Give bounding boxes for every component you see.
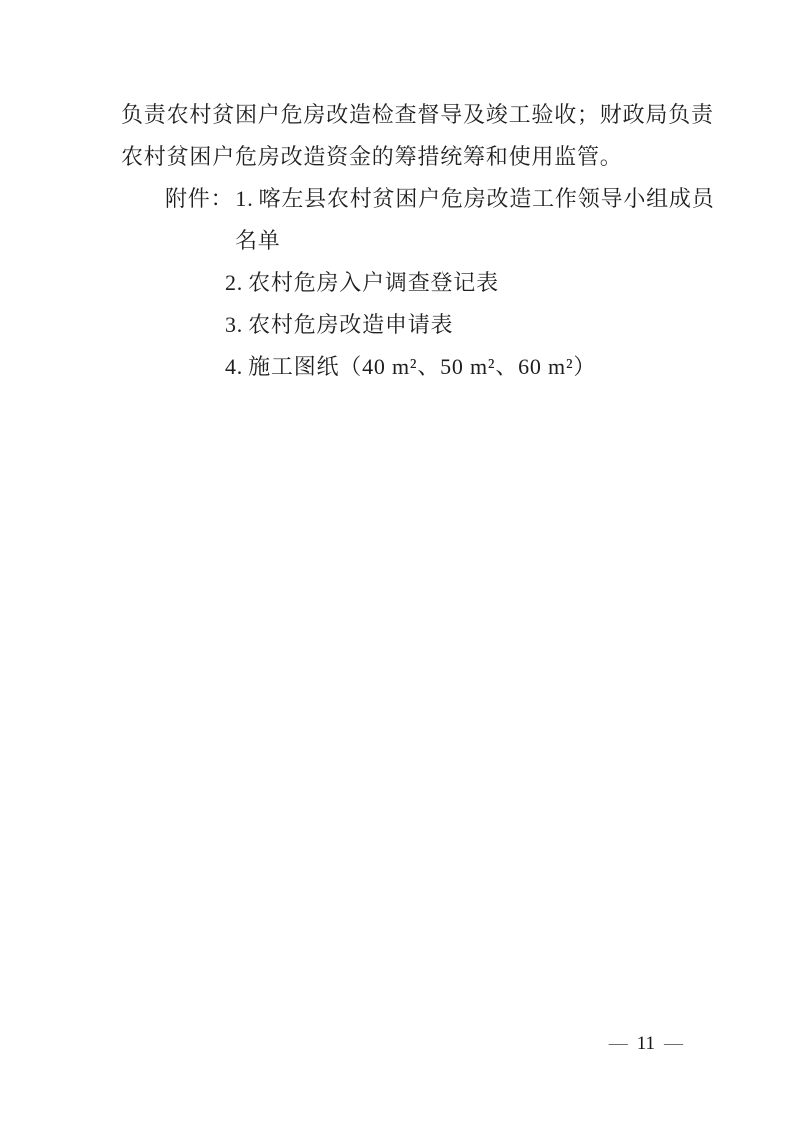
attachment-item-1-number: 1. [235, 186, 253, 211]
attachment-item-4-text: 施工图纸（40 m²、50 m²、60 m²） [248, 354, 596, 379]
attachment-item-3-text: 农村危房改造申请表 [248, 312, 453, 337]
attachment-item-1-continuation: 名单 [121, 220, 693, 262]
document-page: 负责农村贫困户危房改造检查督导及竣工验收；财政局负责 农村贫困户危房改造资金的筹… [0, 0, 800, 1130]
page-number: —11— [609, 1032, 683, 1056]
attachment-item-2: 2.农村危房入户调查登记表 [121, 262, 693, 304]
attachment-item-1-text: 喀左县农村贫困户危房改造工作领导小组成员 [259, 186, 715, 211]
attachment-label: 附件： [165, 186, 233, 211]
page-number-left-dash: — [609, 1033, 628, 1054]
paragraph-line-2: 农村贫困户危房改造资金的筹措统筹和使用监管。 [121, 136, 693, 178]
attachment-item-2-number: 2. [225, 270, 243, 295]
page-number-right-dash: — [664, 1033, 683, 1054]
document-body: 负责农村贫困户危房改造检查督导及竣工验收；财政局负责 农村贫困户危房改造资金的筹… [121, 94, 693, 388]
attachment-item-2-text: 农村危房入户调查登记表 [248, 270, 499, 295]
attachment-item-4: 4.施工图纸（40 m²、50 m²、60 m²） [121, 346, 693, 388]
attachment-item-3: 3.农村危房改造申请表 [121, 304, 693, 346]
page-number-value: 11 [637, 1033, 655, 1054]
paragraph-line-1: 负责农村贫困户危房改造检查督导及竣工验收；财政局负责 [121, 94, 693, 136]
attachment-item-3-number: 3. [225, 312, 243, 337]
attachment-heading: 附件：1.喀左县农村贫困户危房改造工作领导小组成员 [121, 178, 693, 220]
attachment-item-4-number: 4. [225, 354, 243, 379]
